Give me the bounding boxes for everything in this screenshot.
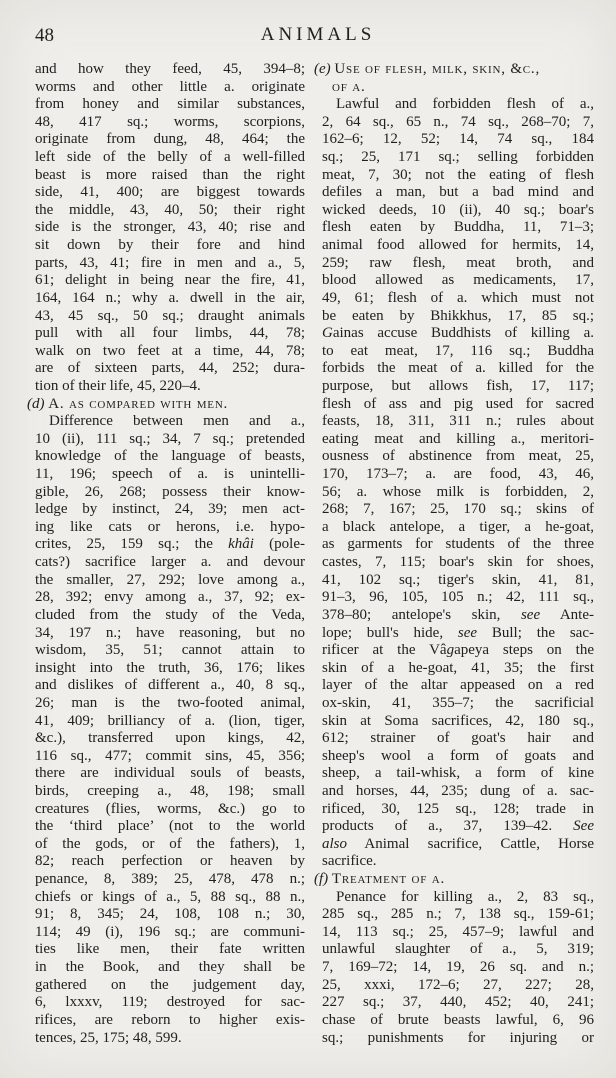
text-line: there are individual souls of beasts, — [35, 765, 305, 783]
text-line: of a. — [322, 79, 594, 97]
text-line: tences, 25, 175; 48, 599. — [35, 1030, 305, 1048]
text-line: 162–6; 12, 52; 14, 74 sq., 184 — [322, 131, 594, 149]
text-line: side, 41, 400; are biggest towards — [35, 184, 305, 202]
text-line: 378–80; antelope's skin, see Ante- — [322, 607, 594, 625]
text-line: (f) Treatment of a. — [314, 871, 594, 889]
text-line: 259; raw flesh, meat broth, and — [322, 255, 594, 273]
book-page: 48 ANIMALS and how they feed, 45, 394–8;… — [0, 0, 616, 1078]
text-line: 268; 7, 167; 25, 170 sq.; skins of — [322, 501, 594, 519]
text-line: chase of brute beasts lawful, 6, 96 — [322, 1012, 594, 1030]
text-line: cluded from the study of the Veda, — [35, 607, 305, 625]
text-line: forbids the meat of a. killed for the — [322, 360, 594, 378]
running-head: ANIMALS — [20, 24, 616, 46]
text-line: of the gods, or of the fathers), 1, — [35, 836, 305, 854]
text-line: the ‘third place’ (not to the world — [35, 818, 305, 836]
text-line: 48, 417 sq.; worms, scorpions, — [35, 114, 305, 132]
text-line: are of sixteen parts, 44, 252; dura- — [35, 360, 305, 378]
text-line: 26; man is the two-footed animal, — [35, 695, 305, 713]
text-line: eating meat and killing a., meritori- — [322, 431, 594, 449]
text-line: 43, 45 sq., 50 sq.; draught animals — [35, 308, 305, 326]
text-line: also Animal sacrifice, Cattle, Horse — [322, 836, 594, 854]
text-line: flesh eaten by Buddha, 11, 71–3; — [322, 219, 594, 237]
text-line: left side of the belly of a well-filled — [35, 149, 305, 167]
text-line: &c.), transferred upon kings, 42, — [35, 730, 305, 748]
text-line: rifices, are reborn to higher exis- — [35, 1012, 305, 1030]
text-line: 285 sq., 285 n.; 7, 138 sq., 159-61; — [322, 906, 594, 924]
text-line: ing like cats or herons, i.e. hypo- — [35, 519, 305, 537]
text-line: lope; bull's hide, see Bull; the sac- — [322, 625, 594, 643]
text-line: unlawful slaughter of a., 5, 319; — [322, 941, 594, 959]
text-line: animal food allowed for hermits, 14, — [322, 237, 594, 255]
text-line: worms and other little a. originate — [35, 79, 305, 97]
text-line: knowledge of the language of beasts, — [35, 448, 305, 466]
text-line: layer of the altar appeased on a red — [322, 677, 594, 695]
text-line: 28, 392; envy among a., 37, 92; ex- — [35, 589, 305, 607]
text-line: flesh of ass and pig used for sacred — [322, 396, 594, 414]
text-line: wicked deeds, 10 (ii), 40 sq.; boar's — [322, 202, 594, 220]
text-line: tion of their life, 45, 220–4. — [35, 378, 305, 396]
text-line: gible, 26, 268; possess their know- — [35, 484, 305, 502]
text-line: castes, 7, 115; boar's skin for shoes, — [322, 554, 594, 572]
text-line: beast is more raised than the right — [35, 167, 305, 185]
text-line: 34, 197 n.; have reasoning, but no — [35, 625, 305, 643]
text-line: originate from dung, 48, 464; the — [35, 131, 305, 149]
text-line: defiles a man, but a bad mind and — [322, 184, 594, 202]
text-line: pull with all four limbs, 44, 78; — [35, 325, 305, 343]
text-line: walk on two feet at a time, 44, 78; — [35, 343, 305, 361]
text-line: Difference between men and a., — [35, 413, 305, 431]
text-line: blood allowed as medicaments, 17, — [322, 272, 594, 290]
text-line: birds, creeping a., 48, 198; small — [35, 783, 305, 801]
text-line: sq.; 25, 171 sq.; selling forbidden — [322, 149, 594, 167]
text-line: 56; a. whose milk is forbidden, 2, — [322, 484, 594, 502]
text-line: 2, 64 sq., 65 n., 74 sq., 268–70; 7, — [322, 114, 594, 132]
text-line: 11, 196; speech of a. is unintelli- — [35, 466, 305, 484]
text-line: 91–3, 96, 105, 105 n.; 42, 111 sq., — [322, 589, 594, 607]
text-line: to eat meat, 17, 116 sq.; Buddha — [322, 343, 594, 361]
text-line: skin of a he-goat, 41, 35; the first — [322, 660, 594, 678]
text-line: in the Book, and they shall be — [35, 959, 305, 977]
text-line: sacrifice. — [322, 853, 594, 871]
text-line: products of a., 37, 139–42. See — [322, 818, 594, 836]
text-line: ox-skin, 41, 355–7; the sacrificial — [322, 695, 594, 713]
text-line: penance, 8, 389; 25, 478, 478 n.; — [35, 871, 305, 889]
text-line: feasts, 18, 311, 311 n.; rules about — [322, 413, 594, 431]
text-line: 41, 102 sq.; tiger's skin, 41, 81, — [322, 572, 594, 590]
text-line: Penance for killing a., 2, 83 sq., — [322, 889, 594, 907]
text-line: 164, 164 n.; why a. dwell in the air, — [35, 290, 305, 308]
text-line: Lawful and forbidden flesh of a., — [322, 96, 594, 114]
text-line: rificed, 30, 125 sq., 128; trade in — [322, 801, 594, 819]
text-line: parts, 43, 41; fire in men and a., 5, — [35, 255, 305, 273]
text-line: 227 sq.; 37, 440, 452; 40, 241; — [322, 994, 594, 1012]
text-line: 116 sq., 477; commit sins, 45, 356; — [35, 748, 305, 766]
text-line: (d) A. as compared with men. — [27, 396, 305, 414]
text-line: 114; 49 (i), 196 sq.; are communi- — [35, 924, 305, 942]
text-line: creatures (flies, worms, &c.) go to — [35, 801, 305, 819]
text-line: the middle, 43, 40, 50; their right — [35, 202, 305, 220]
text-line: chiefs or kings of a., 5, 88 sq., 88 n., — [35, 889, 305, 907]
text-line: 6, lxxxv, 119; destroyed for sac- — [35, 994, 305, 1012]
text-line: ledge by instinct, 24, 39; men act- — [35, 501, 305, 519]
text-line: 82; reach perfection or heaven by — [35, 853, 305, 871]
text-line: gathered on the judgement day, — [35, 977, 305, 995]
text-line: 49, 61; flesh of a. which must not — [322, 290, 594, 308]
text-line: insight into the truth, 36, 176; likes — [35, 660, 305, 678]
text-line: sit down by their fore and hind — [35, 237, 305, 255]
text-line: the smaller, 27, 292; love among a., — [35, 572, 305, 590]
text-line: sheep, a tail-whisk, a form of kine — [322, 765, 594, 783]
text-line: sq.; punishments for injuring or — [322, 1030, 594, 1048]
text-line: 61; delight in being near the fire, 41, — [35, 272, 305, 290]
text-line: 10 (ii), 111 sq.; 34, 7 sq.; pretended — [35, 431, 305, 449]
text-line: sheep's wool a form of goats and — [322, 748, 594, 766]
text-line: and dislikes of different a., 40, 8 sq., — [35, 677, 305, 695]
text-line: 25, xxxi, 172–6; 27, 227; 28, — [322, 977, 594, 995]
text-line: a black antelope, a tiger, a he-goat, — [322, 519, 594, 537]
text-line: purpose, but allows fish, 17, 117; — [322, 378, 594, 396]
text-line: be eaten by Bhikkhus, 17, 85 sq.; — [322, 308, 594, 326]
text-line: Gainas accuse Buddhists of killing a. — [322, 325, 594, 343]
text-line: 612; strainer of goat's hair and — [322, 730, 594, 748]
text-line: and horses, 44, 235; dung of a. sac- — [322, 783, 594, 801]
text-line: and how they feed, 45, 394–8; — [35, 61, 305, 79]
column-left: and how they feed, 45, 394–8;worms and o… — [35, 61, 305, 1047]
text-line: cats?) sacrifice larger a. and devour — [35, 554, 305, 572]
text-line: ousness of abstinence from meat, 25, — [322, 448, 594, 466]
text-line: 170, 173–7; a. are food, 43, 46, — [322, 466, 594, 484]
text-line: (e) Use of flesh, milk, skin, &c., — [314, 61, 594, 79]
text-line: wisdom, 35, 51; cannot attain to — [35, 642, 305, 660]
text-columns: and how they feed, 45, 394–8;worms and o… — [35, 61, 594, 1047]
text-line: meat, 7, 30; not the eating of flesh — [322, 167, 594, 185]
text-line: 91; 8, 345; 24, 108, 108 n.; 30, — [35, 906, 305, 924]
text-line: side is the stronger, 43, 40; rise and — [35, 219, 305, 237]
text-line: as garments for students of the three — [322, 536, 594, 554]
column-right: (e) Use of flesh, milk, skin, &c.,of a.L… — [322, 61, 594, 1047]
text-line: 14, 113 sq.; 25, 457–9; lawful and — [322, 924, 594, 942]
text-line: crites, 25, 159 sq.; the khâi (pole- — [35, 536, 305, 554]
text-line: rificer at the Vâgapeya steps on the — [322, 642, 594, 660]
text-line: skin at Soma sacrifices, 42, 180 sq., — [322, 713, 594, 731]
text-line: 7, 169–72; 14, 19, 26 sq. and n.; — [322, 959, 594, 977]
text-line: 41, 409; brilliancy of a. (lion, tiger, — [35, 713, 305, 731]
text-line: from honey and similar substances, — [35, 96, 305, 114]
text-line: ties like men, their fate written — [35, 941, 305, 959]
